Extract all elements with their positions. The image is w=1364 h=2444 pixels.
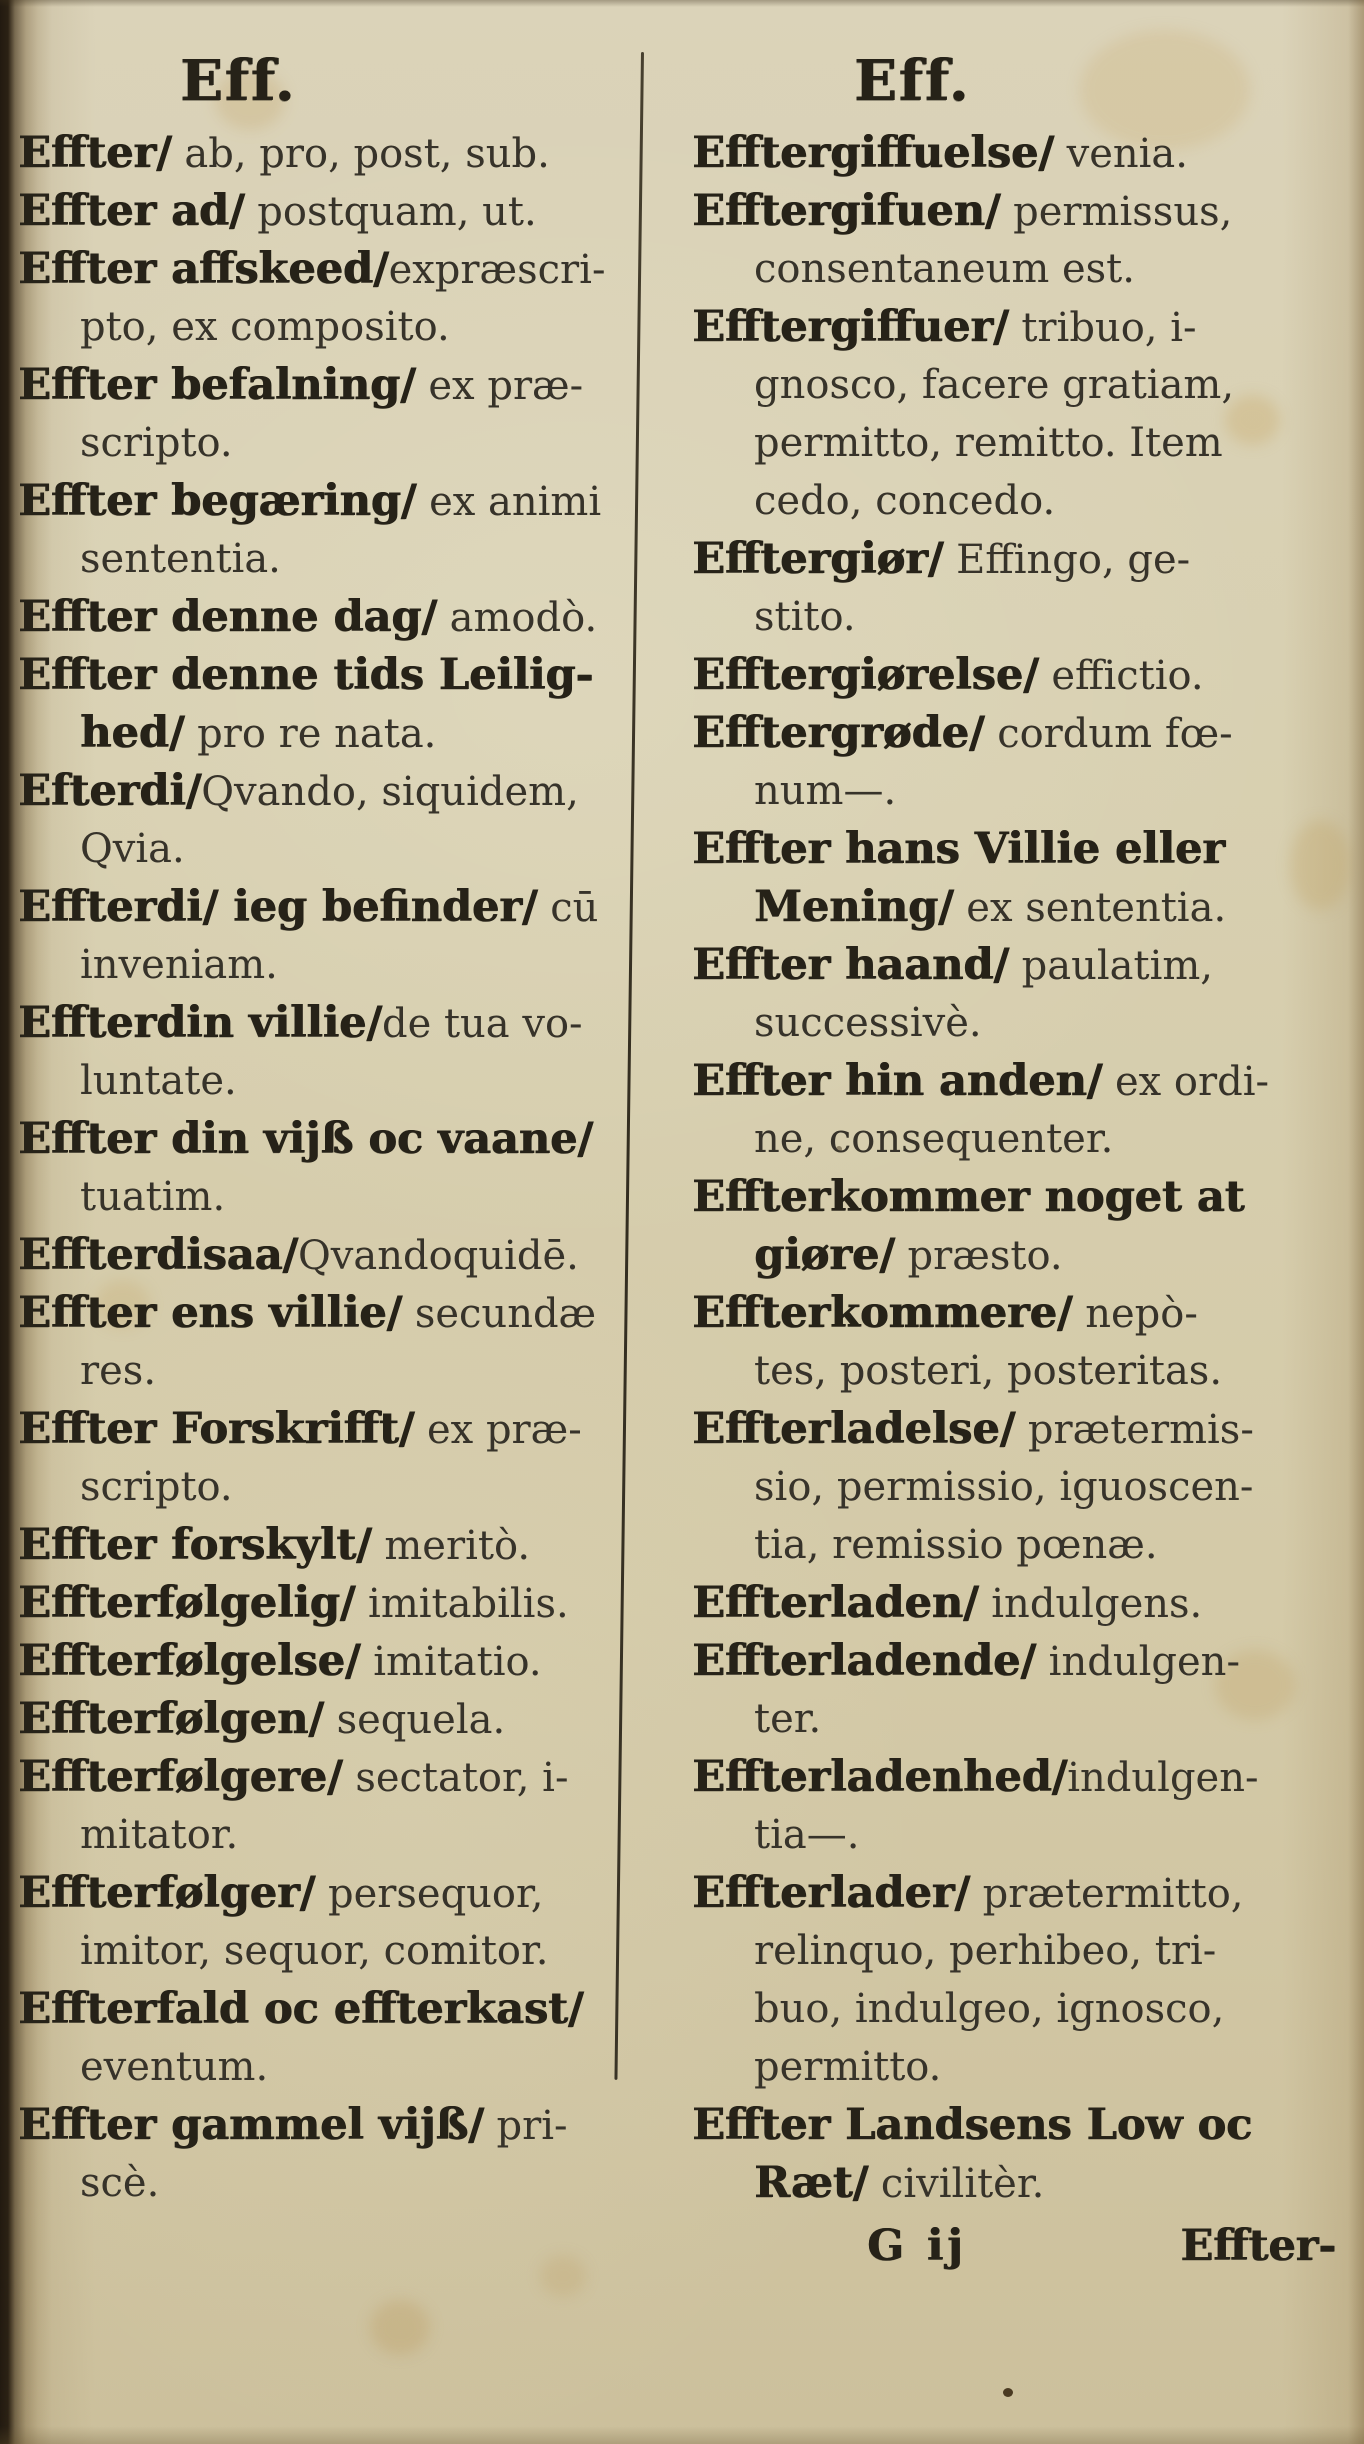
page-edge-top	[0, 0, 1364, 7]
entry-line: mitator.	[18, 1806, 634, 1864]
entry-line: tes, posteri, posteritas.	[692, 1342, 1354, 1400]
headword-text: Effter hin anden/	[692, 1056, 1102, 1106]
latin-text: inveniam.	[80, 942, 278, 988]
entry-line: Effter Forskrifft/ ex præ-	[18, 1400, 634, 1458]
latin-text: tia, remissio pœnæ.	[754, 1522, 1158, 1568]
latin-text: expræscri-	[389, 247, 606, 293]
headword-text: Effterladenhed/	[692, 1752, 1067, 1802]
latin-text: scripto.	[80, 1464, 233, 1510]
latin-text: ne, consequenter.	[754, 1116, 1113, 1162]
headword-text: hed/	[80, 708, 184, 758]
latin-text: eventum.	[80, 2044, 268, 2090]
headword-text: Effter ens villie/	[18, 1288, 402, 1338]
latin-text: ab, pro, post, sub.	[172, 131, 550, 177]
latin-text: scripto.	[80, 420, 233, 466]
entry-line: Effterladelse/ prætermis-	[692, 1400, 1354, 1458]
entry-line: Effter denne tids Leilig-	[18, 646, 634, 704]
latin-text: mitator.	[80, 1812, 238, 1858]
entry-line: gnosco, facere gratiam,	[692, 356, 1354, 414]
entry-line: Ræt/ civilitèr.	[692, 2154, 1354, 2212]
latin-text: consentaneum est.	[754, 246, 1135, 292]
latin-text: prætermitto,	[970, 1871, 1244, 1917]
entry-line: tia—.	[692, 1806, 1354, 1864]
latin-text: Qvia.	[80, 826, 185, 872]
entry-line: scripto.	[18, 414, 634, 472]
entry-line: Efftergrøde/ cordum fœ-	[692, 704, 1354, 762]
entry-line: permitto, remitto. Item	[692, 414, 1354, 472]
headword-text: Effterfølgelse/	[18, 1636, 361, 1686]
latin-text: buo, indulgeo, ignosco,	[754, 1986, 1224, 2032]
headword-text: Effterdi/ ieg befinder/	[18, 882, 538, 932]
latin-text: ex præ-	[414, 1407, 582, 1453]
latin-text: sio, permissio, iguoscen-	[754, 1464, 1253, 1510]
entry-line: Effter/ ab, pro, post, sub.	[18, 124, 634, 182]
entry-line: stito.	[692, 588, 1354, 646]
signature-line: G ij Effter-	[692, 2216, 1354, 2276]
entry-line: ter.	[692, 1690, 1354, 1748]
entry-line: Effter din vijß oc vaane/	[18, 1110, 634, 1168]
latin-text: meritò.	[372, 1523, 530, 1569]
headword-text: Effter denne dag/	[18, 592, 437, 642]
headword-text: Effter hans Villie eller	[692, 824, 1225, 874]
page-edge-bottom	[0, 2426, 1364, 2444]
latin-text: cedo, concedo.	[754, 478, 1055, 524]
latin-text: tes, posteri, posteritas.	[754, 1348, 1222, 1394]
latin-text: gnosco, facere gratiam,	[754, 362, 1234, 408]
book-page-scan: Eff. Effter/ ab, pro, post, sub.Effter a…	[0, 0, 1364, 2444]
entry-line: Effter forskylt/ meritò.	[18, 1516, 634, 1574]
entry-line: Effter ad/ postquam, ut.	[18, 182, 634, 240]
headword-text: Effter/	[18, 128, 172, 178]
latin-text: venia.	[1054, 131, 1188, 177]
latin-text: amodò.	[437, 595, 597, 641]
latin-text: de tua vo-	[382, 1001, 583, 1047]
entry-line: Efftergiffuer/ tribuo, i-	[692, 298, 1354, 356]
latin-text: scè.	[80, 2160, 159, 2206]
entry-line: scripto.	[18, 1458, 634, 1516]
entry-line: Effter gammel vijß/ pri-	[18, 2096, 634, 2154]
headword-text: giøre/	[754, 1230, 895, 1280]
headword-text: Efftergiørelse/	[692, 650, 1039, 700]
entry-line: Efftergiffuelse/ venia.	[692, 124, 1354, 182]
entry-line: consentaneum est.	[692, 240, 1354, 298]
headword-text: Effter begæring/	[18, 476, 416, 526]
entry-line: Effter haand/ paulatim,	[692, 936, 1354, 994]
latin-text: permissus,	[1000, 189, 1232, 235]
catchword: Effter-	[1180, 2216, 1336, 2276]
entry-line: Effterkommere/ nepò-	[692, 1284, 1354, 1342]
latin-text: ex præ-	[416, 363, 584, 409]
entry-line: Effterfølgelig/ imitabilis.	[18, 1574, 634, 1632]
entry-line: hed/ pro re nata.	[18, 704, 634, 762]
headword-text: Effter denne tids Leilig-	[18, 650, 593, 700]
latin-text: tia—.	[754, 1812, 859, 1858]
headword-text: Ræt/	[754, 2158, 868, 2208]
headword-text: Effter ad/	[18, 186, 245, 236]
latin-text: stito.	[754, 594, 856, 640]
latin-text: ter.	[754, 1696, 821, 1742]
entry-line: Effterdi/ ieg befinder/ cū	[18, 878, 634, 936]
latin-text: cordum fœ-	[984, 711, 1232, 757]
latin-text: indulgen-	[1036, 1639, 1240, 1685]
entry-line: Efftergiørelse/ effictio.	[692, 646, 1354, 704]
headword-text: Effterfølgere/	[18, 1752, 343, 1802]
headword-text: Effterfald oc effterkast/	[18, 1984, 583, 2034]
entry-line: Effter hin anden/ ex ordi-	[692, 1052, 1354, 1110]
headword-text: Effterdisaa/	[18, 1230, 298, 1280]
entry-line: num—.	[692, 762, 1354, 820]
headword-text: Effter haand/	[692, 940, 1009, 990]
latin-text: nepò-	[1073, 1291, 1198, 1337]
latin-text: pto, ex composito.	[80, 304, 450, 350]
latin-text: civilitèr.	[868, 2161, 1044, 2207]
entry-line: relinquo, perhibeo, tri-	[692, 1922, 1354, 1980]
headword-text: Effterladen/	[692, 1578, 979, 1628]
latin-text: paulatim,	[1009, 943, 1213, 989]
headword-text: Effter Forskrifft/	[18, 1404, 414, 1454]
entry-line: Effterfølgere/ sectator, i-	[18, 1748, 634, 1806]
headword-text: Efftergifuen/	[692, 186, 1000, 236]
entry-line: Qvia.	[18, 820, 634, 878]
entry-line: inveniam.	[18, 936, 634, 994]
entry-line: permitto.	[692, 2038, 1354, 2096]
ink-speck	[1003, 2388, 1013, 2397]
entry-line: Effter Landsens Low oc	[692, 2096, 1354, 2154]
latin-text: luntate.	[80, 1058, 237, 1104]
entry-line: Mening/ ex sententia.	[692, 878, 1354, 936]
latin-text: Qvando, siquidem,	[201, 769, 579, 815]
latin-text: pro re nata.	[184, 711, 436, 757]
entry-line: giøre/ præsto.	[692, 1226, 1354, 1284]
headword-text: Efftergiør/	[692, 534, 943, 584]
entry-line: successivè.	[692, 994, 1354, 1052]
latin-text: Effingo, ge-	[943, 537, 1190, 583]
entry-line: imitor, sequor, comitor.	[18, 1922, 634, 1980]
latin-text: res.	[80, 1348, 156, 1394]
latin-text: imitor, sequor, comitor.	[80, 1928, 548, 1974]
headword-text: Effterfølgen/	[18, 1694, 324, 1744]
latin-text: permitto.	[754, 2044, 941, 2090]
entry-line: tia, remissio pœnæ.	[692, 1516, 1354, 1574]
latin-text: ex animi	[416, 479, 601, 525]
entry-line: Effterfølger/ persequor,	[18, 1864, 634, 1922]
left-column-lines: Effter/ ab, pro, post, sub.Effter ad/ po…	[18, 124, 634, 2212]
headword-text: Efftergiffuer/	[692, 302, 1009, 352]
entry-line: Effterfølgelse/ imitatio.	[18, 1632, 634, 1690]
latin-text: secundæ	[402, 1291, 596, 1337]
entry-line: Effterdisaa/Qvandoquidē.	[18, 1226, 634, 1284]
right-column-lines: Efftergiffuelse/ venia.Efftergifuen/ per…	[692, 124, 1354, 2212]
headword-text: Effterdin villie/	[18, 998, 382, 1048]
latin-text: num—.	[754, 768, 896, 814]
signature-mark: G ij	[867, 2216, 967, 2276]
latin-text: tuatim.	[80, 1174, 225, 1220]
headword-text: Effter gammel vijß/	[18, 2100, 484, 2150]
headword-text: Effter forskylt/	[18, 1520, 372, 1570]
headword-text: Mening/	[754, 882, 954, 932]
headword-text: Effter din vijß oc vaane/	[18, 1114, 593, 1164]
entry-line: Effter hans Villie eller	[692, 820, 1354, 878]
entry-line: Effterkommer noget at	[692, 1168, 1354, 1226]
entry-line: sententia.	[18, 530, 634, 588]
headword-text: Efftergiffuelse/	[692, 128, 1054, 178]
latin-text: successivè.	[754, 1000, 982, 1046]
left-column: Eff. Effter/ ab, pro, post, sub.Effter a…	[18, 48, 634, 2212]
latin-text: cū	[538, 885, 599, 931]
latin-text: ex sententia.	[954, 885, 1227, 931]
entry-line: eventum.	[18, 2038, 634, 2096]
entry-line: Efftergiør/ Effingo, ge-	[692, 530, 1354, 588]
latin-text: prætermis-	[1015, 1407, 1254, 1453]
entry-line: scè.	[18, 2154, 634, 2212]
entry-line: buo, indulgeo, ignosco,	[692, 1980, 1354, 2038]
latin-text: relinquo, perhibeo, tri-	[754, 1928, 1216, 1974]
latin-text: imitabilis.	[355, 1581, 568, 1627]
headword-text: Effterfølger/	[18, 1868, 315, 1918]
latin-text: imitatio.	[361, 1639, 542, 1685]
entry-line: Effter ens villie/ secundæ	[18, 1284, 634, 1342]
entry-line: Effterlader/ prætermitto,	[692, 1864, 1354, 1922]
entry-line: Effter affskeed/expræscri-	[18, 240, 634, 298]
headword-text: Efftergrøde/	[692, 708, 984, 758]
headword-text: Effterfølgelig/	[18, 1578, 355, 1628]
entry-line: Effterladenhed/indulgen-	[692, 1748, 1354, 1806]
right-column: Eff. Efftergiffuelse/ venia.Efftergifuen…	[692, 48, 1354, 2276]
paper-stain	[370, 2300, 430, 2355]
latin-text: persequor,	[315, 1871, 543, 1917]
headword-text: Effterlader/	[692, 1868, 970, 1918]
entry-line: Effter begæring/ ex animi	[18, 472, 634, 530]
headword-text: Effter befalning/	[18, 360, 416, 410]
entry-line: pto, ex composito.	[18, 298, 634, 356]
entry-line: Effter denne dag/ amodò.	[18, 588, 634, 646]
entry-line: Effterladende/ indulgen-	[692, 1632, 1354, 1690]
headword-text: Effterladelse/	[692, 1404, 1015, 1454]
latin-text: indulgens.	[979, 1581, 1203, 1627]
entry-line: res.	[18, 1342, 634, 1400]
entry-line: cedo, concedo.	[692, 472, 1354, 530]
entry-line: Effterdin villie/de tua vo-	[18, 994, 634, 1052]
headword-text: Effterkommere/	[692, 1288, 1073, 1338]
latin-text: sequela.	[324, 1697, 505, 1743]
entry-line: Effterladen/ indulgens.	[692, 1574, 1354, 1632]
entry-line: tuatim.	[18, 1168, 634, 1226]
entry-line: ne, consequenter.	[692, 1110, 1354, 1168]
entry-line: Effterfald oc effterkast/	[18, 1980, 634, 2038]
latin-text: præsto.	[895, 1233, 1063, 1279]
paper-stain	[540, 2255, 586, 2297]
left-column-header: Eff.	[18, 48, 458, 124]
headword-text: Effterladende/	[692, 1636, 1036, 1686]
latin-text: Qvandoquidē.	[298, 1233, 579, 1279]
latin-text: pri-	[484, 2103, 568, 2149]
latin-text: ex ordi-	[1102, 1059, 1269, 1105]
headword-text: Effter affskeed/	[18, 244, 389, 294]
latin-text: postquam, ut.	[245, 189, 537, 235]
latin-text: tribuo, i-	[1009, 305, 1197, 351]
entry-line: Efftergifuen/ permissus,	[692, 182, 1354, 240]
headword-text: Efterdi/	[18, 766, 201, 816]
latin-text: indulgen-	[1067, 1755, 1258, 1801]
entry-line: Effter befalning/ ex præ-	[18, 356, 634, 414]
entry-line: Effterfølgen/ sequela.	[18, 1690, 634, 1748]
headword-text: Effter Landsens Low oc	[692, 2100, 1252, 2150]
latin-text: effictio.	[1039, 653, 1204, 699]
latin-text: sectator, i-	[343, 1755, 569, 1801]
right-column-header: Eff.	[692, 48, 1132, 124]
latin-text: permitto, remitto. Item	[754, 420, 1223, 466]
headword-text: Effterkommer noget at	[692, 1172, 1244, 1222]
entry-line: luntate.	[18, 1052, 634, 1110]
latin-text: sententia.	[80, 536, 281, 582]
entry-line: sio, permissio, iguoscen-	[692, 1458, 1354, 1516]
entry-line: Efterdi/Qvando, siquidem,	[18, 762, 634, 820]
